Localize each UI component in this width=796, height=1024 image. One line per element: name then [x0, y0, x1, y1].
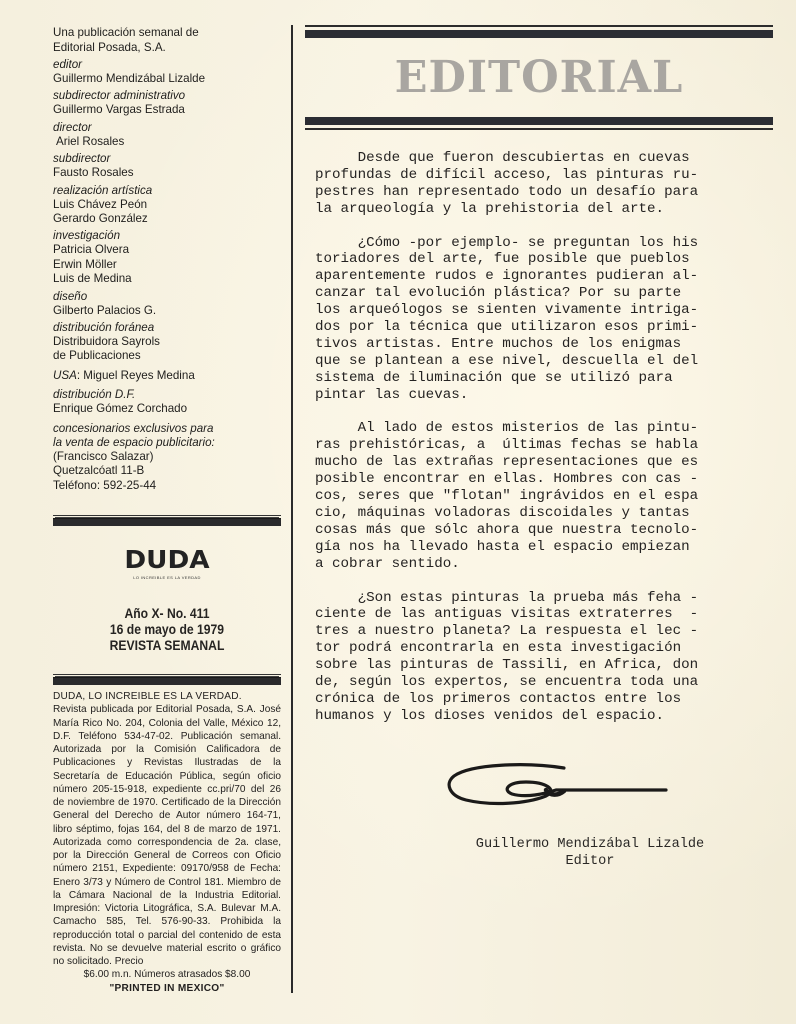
credit-name: Enrique Gómez Corchado	[53, 402, 281, 416]
credit-role: realización artística	[53, 184, 281, 198]
editorial-paragraph: Desde que fueron descubiertas en cuevasp…	[315, 150, 775, 218]
masthead-divider-bottom	[53, 677, 281, 685]
credit-role: concesionarios exclusivos para	[53, 422, 281, 436]
editorial-body: Desde que fueron descubiertas en cuevasp…	[315, 150, 775, 742]
credit-role: la venta de espacio publicitario:	[53, 436, 281, 450]
intro-line: Editorial Posada, S.A.	[53, 40, 281, 55]
logo-wordmark: DUDA	[47, 546, 286, 574]
editor-name: Guillermo Mendizábal Lizalde	[440, 836, 740, 853]
credit-name: Gilberto Palacios G.	[53, 304, 281, 318]
editorial-line: que se plantean a ese nivel, descuella e…	[315, 353, 775, 370]
editorial-line: humanos y los dioses venidos del espacio…	[315, 708, 775, 725]
credit-role: USA	[53, 369, 77, 382]
credit-name: Luis Chávez Peón	[53, 198, 281, 212]
editorial-line: la arqueología y la prehistoria del arte…	[315, 201, 775, 218]
legal-notice: DUDA, LO INCREIBLE ES LA VERDAD. Revista…	[53, 690, 281, 995]
credit-role: diseño	[53, 290, 281, 304]
editorial-paragraph: ¿Cómo -por ejemplo- se preguntan los his…	[315, 235, 775, 404]
credit-role: director	[53, 121, 281, 135]
credit-investigacion: investigación Patricia Olvera Erwin Möll…	[53, 229, 281, 286]
editorial-line: Al lado de estos misterios de las pintu-	[315, 420, 775, 437]
signature-icon	[446, 760, 676, 820]
masthead-divider-top	[53, 518, 281, 526]
editor-signature-block: Guillermo Mendizábal Lizalde Editor	[440, 836, 740, 870]
credit-subdirector-administrativo: subdirector administrativo Guillermo Var…	[53, 89, 281, 117]
editorial-line: mucho de las extrañas representaciones q…	[315, 454, 775, 471]
rule-thin	[305, 128, 773, 130]
editorial-line: profundas de difícil acceso, las pintura…	[315, 167, 775, 184]
editorial-line: sistema de iluminación que se utilizó pa…	[315, 370, 775, 387]
editorial-line: ciente de las antiguas visitas extraterr…	[315, 606, 775, 623]
credit-name: Erwin Möller	[53, 258, 281, 272]
credit-diseno: diseño Gilberto Palacios G.	[53, 290, 281, 318]
editorial-line: Desde que fueron descubiertas en cuevas	[315, 150, 775, 167]
issue-number: Año X- No. 411	[64, 606, 269, 622]
credit-role: distribución foránea	[53, 321, 281, 335]
editorial-line: aparentemente rudos e ignorantes pudiera…	[315, 268, 775, 285]
credit-name: Fausto Rosales	[53, 166, 281, 180]
title-rule-top	[305, 25, 773, 38]
credit-name: Patricia Olvera	[53, 243, 281, 257]
credit-role: distribución D.F.	[53, 388, 281, 402]
credit-name: de Publicaciones	[53, 349, 281, 363]
rule-thick	[305, 117, 773, 125]
credit-name: Guillermo Vargas Estrada	[53, 103, 281, 117]
credit-usa: USA: Miguel Reyes Medina	[53, 369, 281, 383]
editorial-line: sobre las pinturas de Tassili, en Africa…	[315, 657, 775, 674]
credit-editor: editor Guillermo Mendizábal Lizalde	[53, 58, 281, 86]
credit-name: (Francisco Salazar)	[53, 450, 281, 464]
intro-line: Una publicación semanal de	[53, 25, 281, 40]
editorial-line: ras prehistóricas, a últimas fechas se h…	[315, 437, 775, 454]
editorial-line: ¿Son estas pinturas la prueba más feha -	[315, 590, 775, 607]
legal-heading: DUDA, LO INCREIBLE ES LA VERDAD.	[53, 690, 281, 703]
editorial-paragraph: ¿Son estas pinturas la prueba más feha -…	[315, 590, 775, 725]
credit-role: editor	[53, 58, 281, 72]
page-title: EDITORIAL	[310, 52, 769, 104]
credit-name: Guillermo Mendizábal Lizalde	[53, 72, 281, 86]
credit-role: subdirector administrativo	[53, 89, 281, 103]
duda-logo: DUDA LO INCREIBLE ES LA VERDAD	[53, 546, 281, 581]
credit-realizacion-artistica: realización artística Luis Chávez Peón G…	[53, 184, 281, 227]
editorial-line: de, según los expertos, se encuentra tod…	[315, 674, 775, 691]
credit-name: Luis de Medina	[53, 272, 281, 286]
editorial-line: ¿Cómo -por ejemplo- se preguntan los his	[315, 235, 775, 252]
editorial-line: canzar tal evolución plástica? Por su pa…	[315, 285, 775, 302]
credit-distribucion-df: distribución D.F. Enrique Gómez Corchado	[53, 388, 281, 416]
editorial-line: cosas más que sólc ahora que nuestra tec…	[315, 522, 775, 539]
legal-body: Revista publicada por Editorial Posada, …	[53, 704, 281, 967]
legal-price: $6.00 m.n. Números atrasados $8.00	[53, 968, 281, 981]
editorial-line: posible encontrar en ellas. Hombres con …	[315, 471, 775, 488]
credit-role: subdirector	[53, 152, 281, 166]
issue-info: Año X- No. 411 16 de mayo de 1979 REVIST…	[64, 606, 269, 654]
credit-name: Ariel Rosales	[53, 135, 281, 149]
editorial-line: tor podrá encontrarla en esta investigac…	[315, 640, 775, 657]
editorial-line: dos por la técnica que utilizaron esos p…	[315, 319, 775, 336]
editorial-line: pintar las cuevas.	[315, 387, 775, 404]
credit-name: Teléfono: 592-25-44	[53, 479, 281, 493]
credit-name: Gerardo González	[53, 212, 281, 226]
credit-director: director Ariel Rosales	[53, 121, 281, 149]
credit-name: Distribuidora Sayrols	[53, 335, 281, 349]
editorial-line: crónica de los primeros contactos entre …	[315, 691, 775, 708]
credit-role: investigación	[53, 229, 281, 243]
editorial-line: pestres han representado todo un desafío…	[315, 184, 775, 201]
credit-usa-line: USA: Miguel Reyes Medina	[53, 369, 281, 383]
credit-name: : Miguel Reyes Medina	[77, 369, 195, 382]
editorial-line: los arqueólogos se sienten vivamente int…	[315, 302, 775, 319]
credit-distribucion-foranea: distribución foránea Distribuidora Sayro…	[53, 321, 281, 364]
issue-type: REVISTA SEMANAL	[64, 638, 269, 654]
title-rule-bottom	[305, 117, 773, 130]
rule-thick	[305, 30, 773, 38]
credit-subdirector: subdirector Fausto Rosales	[53, 152, 281, 180]
printed-in-mexico: "PRINTED IN MEXICO"	[53, 982, 281, 995]
editorial-paragraph: Al lado de estos misterios de las pintu-…	[315, 420, 775, 572]
credit-concesionarios: concesionarios exclusivos para la venta …	[53, 422, 281, 493]
column-divider	[291, 25, 293, 993]
masthead-intro: Una publicación semanal de Editorial Pos…	[53, 25, 281, 55]
masthead: Una publicación semanal de Editorial Pos…	[53, 25, 281, 493]
editorial-line: gía nos ha llevado hasta el espacio empi…	[315, 539, 775, 556]
issue-date: 16 de mayo de 1979	[64, 622, 269, 638]
credit-name: Quetzalcóatl 11-B	[53, 464, 281, 478]
editorial-line: cos, seres que "flotan" ingrávidos en el…	[315, 488, 775, 505]
logo-tagline: LO INCREIBLE ES LA VERDAD	[53, 575, 281, 581]
editorial-line: cio, máquinas voladoras discoidales y ta…	[315, 505, 775, 522]
editorial-line: a cobrar sentido.	[315, 556, 775, 573]
editor-title: Editor	[440, 853, 740, 870]
editorial-line: tres a nuestro planeta? La respuesta el …	[315, 623, 775, 640]
editorial-line: tivos artistas. Entre muchos de los enig…	[315, 336, 775, 353]
editorial-line: toriadores del arte, fue posible que pue…	[315, 251, 775, 268]
